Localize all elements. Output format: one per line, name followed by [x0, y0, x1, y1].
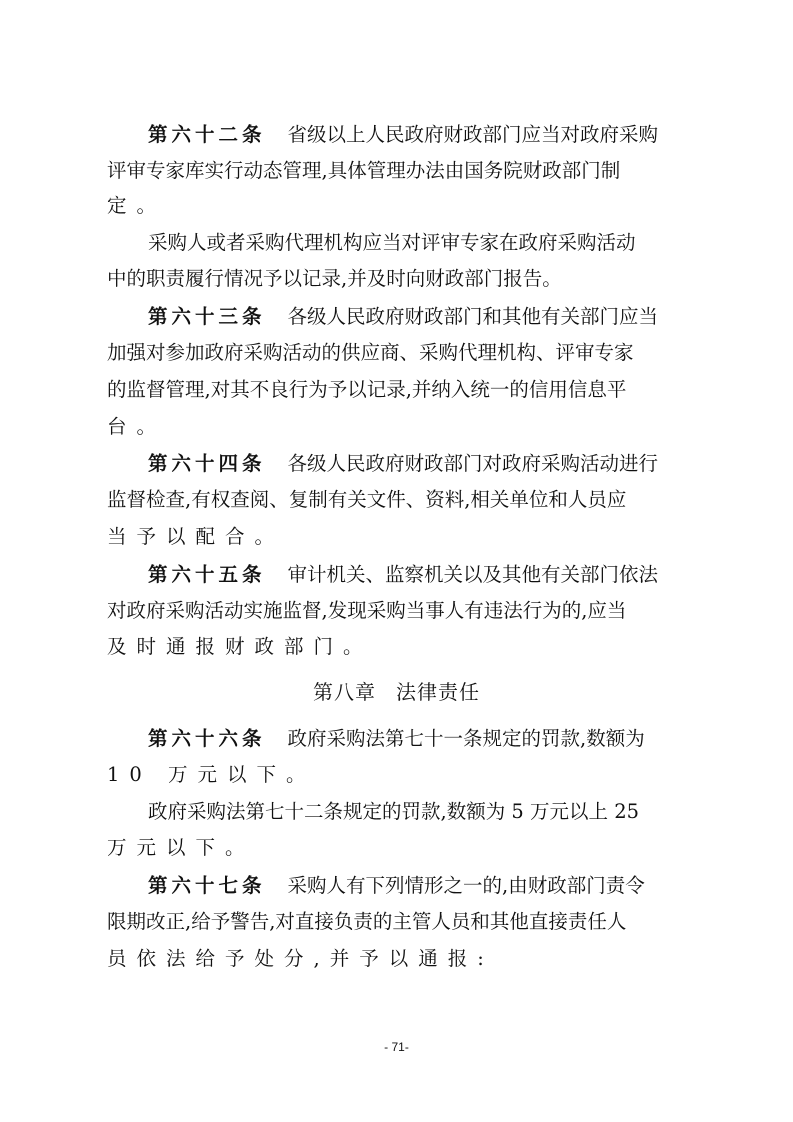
- chapter-heading: 第八章法律责任: [0, 677, 793, 707]
- article-62-line-1: 第六十二条省级以上人民政府财政部门应当对政府采购: [148, 120, 738, 150]
- chapter-title: 法律责任: [396, 680, 480, 704]
- article-64-line-1: 第六十四条各级人民政府财政部门对政府采购活动进行: [148, 449, 738, 479]
- article-label: 第六十四条: [148, 452, 266, 475]
- article-65-line-2: 对政府采购活动实施监督,发现采购当事人有违法行为的,应当: [107, 596, 697, 626]
- page-number: - 71-: [0, 1040, 793, 1054]
- article-64-line-3: 当予以配合。: [107, 522, 697, 552]
- article-62-para2-line-1: 采购人或者采购代理机构应当对评审专家在政府采购活动: [148, 228, 738, 258]
- article-62-para2-line-2: 中的职责履行情况予以记录,并及时向财政部门报告。: [107, 264, 697, 294]
- article-63-line-2: 加强对参加政府采购活动的供应商、采购代理机构、评审专家: [107, 338, 697, 368]
- article-label: 第六十三条: [148, 305, 266, 328]
- article-label: 第六十五条: [148, 563, 266, 586]
- article-64-line-2: 监督检查,有权查阅、复制有关文件、资料,相关单位和人员应: [107, 485, 697, 515]
- article-label: 第六十六条: [148, 727, 266, 750]
- article-67-line-1: 第六十七条采购人有下列情形之一的,由财政部门责令: [148, 871, 738, 901]
- article-65-line-3: 及时通报财政部门。: [107, 632, 697, 662]
- article-label: 第六十二条: [148, 123, 266, 146]
- article-62-line-2: 评审专家库实行动态管理,具体管理办法由国务院财政部门制: [107, 156, 697, 186]
- article-63-line-4: 台。: [107, 412, 697, 442]
- article-67-line-3: 员依法给予处分,并予以通报:: [107, 944, 697, 974]
- article-66-line-2: 10 万元以下。: [107, 760, 697, 790]
- article-66-para2-line-2: 万元以下。: [107, 833, 697, 863]
- document-page: 第六十二条省级以上人民政府财政部门应当对政府采购 评审专家库实行动态管理,具体管…: [0, 0, 793, 1122]
- article-67-line-2: 限期改正,给予警告,对直接负责的主管人员和其他直接责任人: [107, 907, 697, 937]
- article-66-para2-line-1: 政府采购法第七十二条规定的罚款,数额为 5 万元以上 25: [148, 797, 738, 827]
- article-66-line-1: 第六十六条政府采购法第七十一条规定的罚款,数额为: [148, 724, 738, 754]
- article-62-line-3: 定。: [107, 191, 697, 221]
- article-63-line-3: 的监督管理,对其不良行为予以记录,并纳入统一的信用信息平: [107, 375, 697, 405]
- chapter-number: 第八章: [313, 680, 376, 704]
- article-65-line-1: 第六十五条审计机关、监察机关以及其他有关部门依法: [148, 560, 738, 590]
- article-63-line-1: 第六十三条各级人民政府财政部门和其他有关部门应当: [148, 302, 738, 332]
- article-label: 第六十七条: [148, 874, 266, 897]
